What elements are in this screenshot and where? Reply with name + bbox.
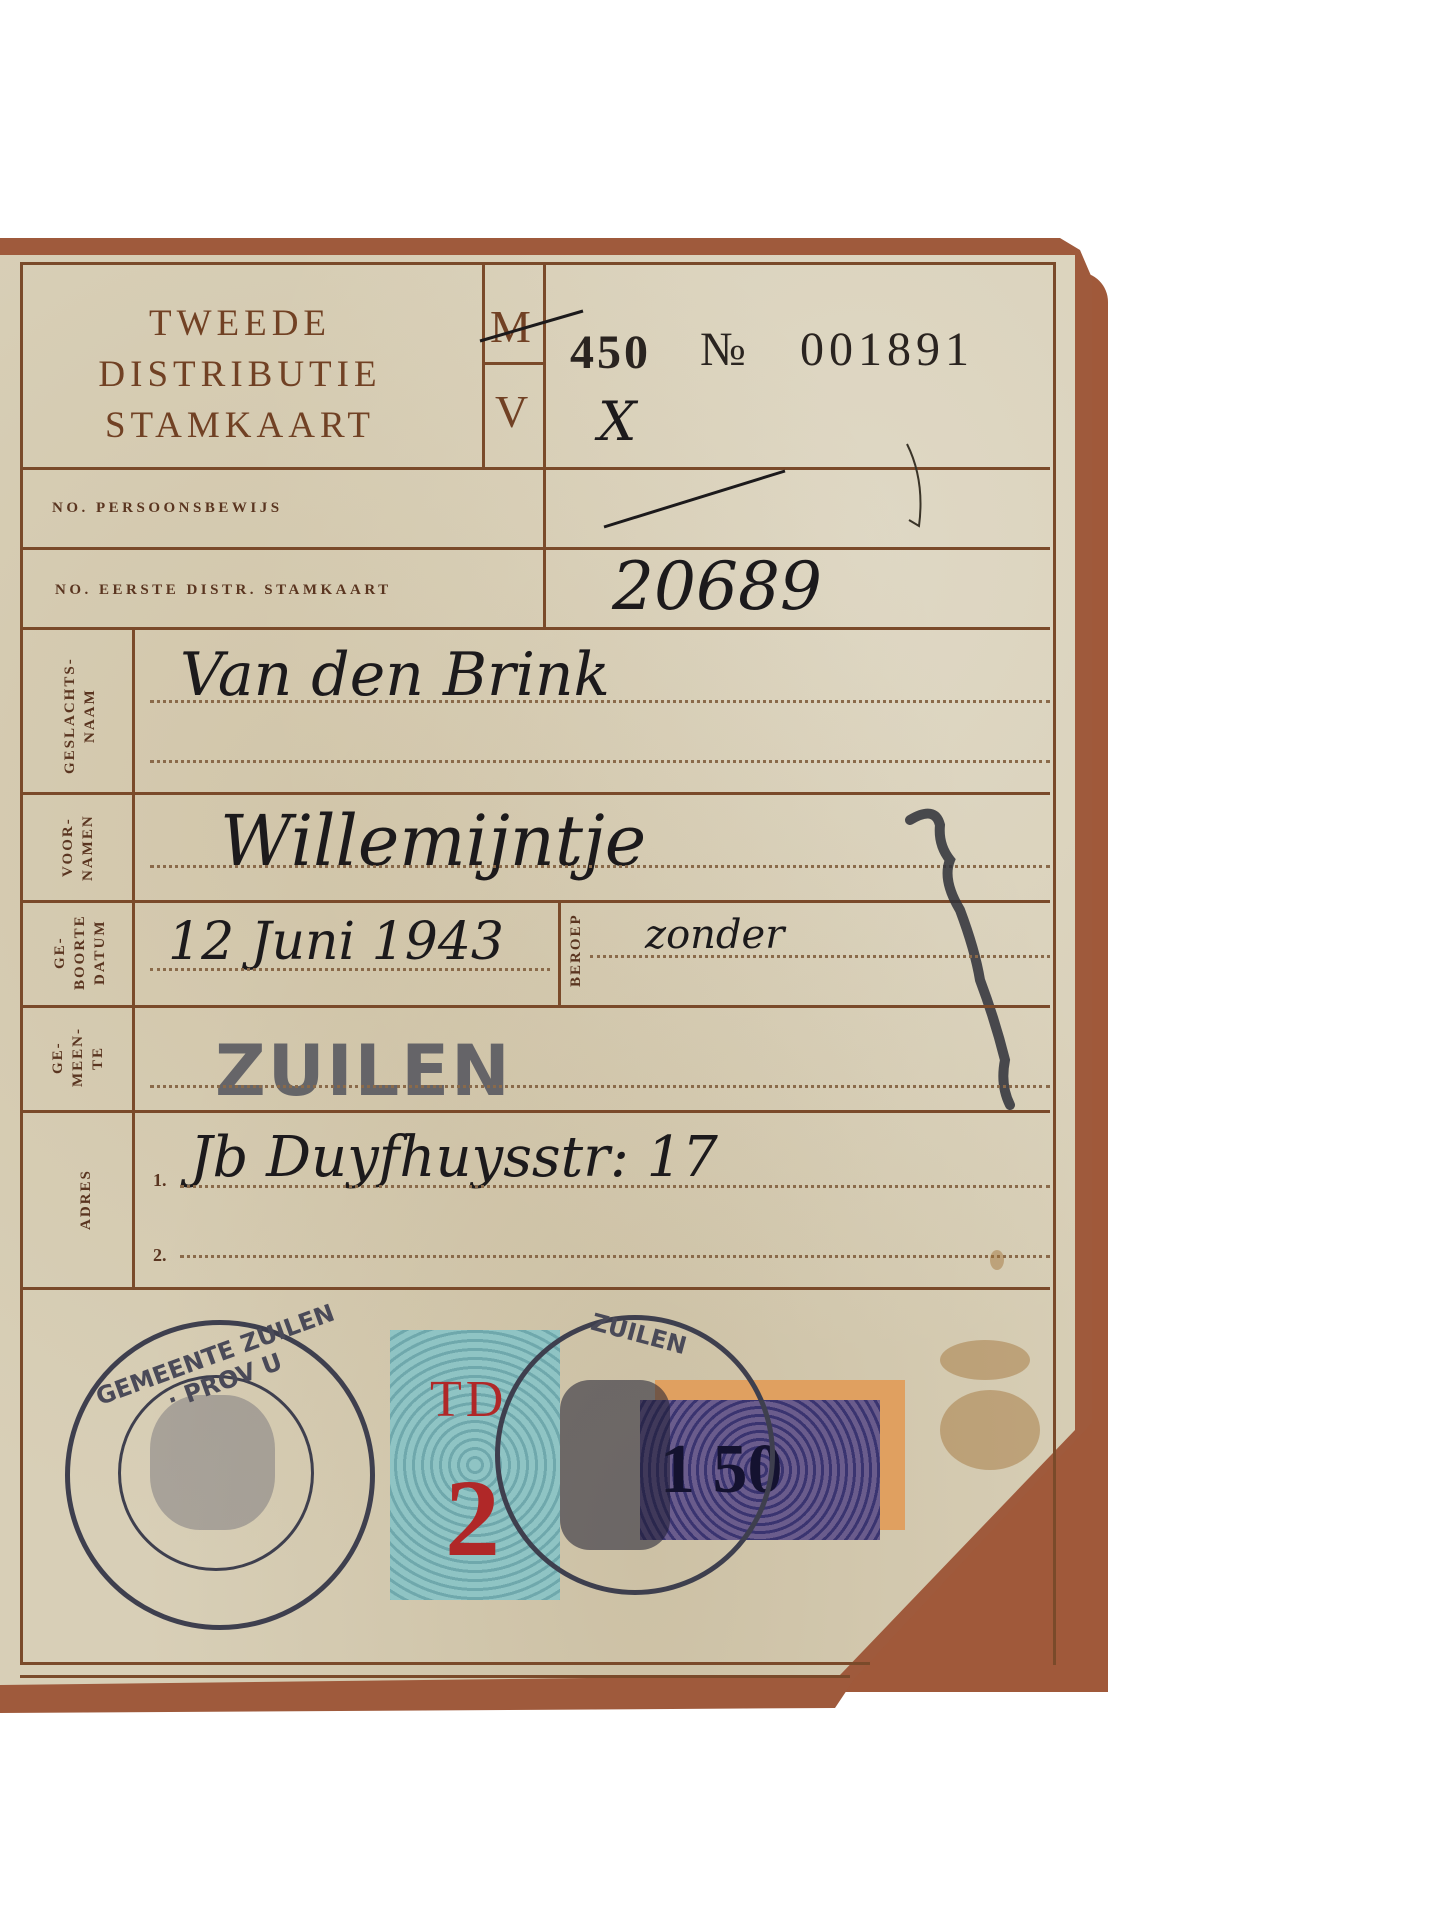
label-geboortedatum-line-1: GE-: [52, 936, 68, 969]
row-rule-adres: [20, 1287, 1050, 1290]
value-geboortedatum: 12 Juni 1943: [168, 912, 504, 972]
label-adres: ADRES: [76, 1160, 96, 1240]
card-title: TWEEDE DISTRIBUTIE STAMKAART: [30, 298, 450, 451]
second-seal-smudge: [560, 1380, 670, 1550]
label-geboortedatum-line-3: DATUM: [92, 920, 108, 986]
value-gemeente-stamp: ZUILEN: [215, 1030, 512, 1112]
row-rule-gemeente: [20, 1110, 1050, 1113]
value-beroep: zonder: [645, 912, 784, 958]
dotted-line: [150, 968, 550, 971]
sex-option-female: V: [495, 385, 528, 438]
persoonsbewijs-dash: [600, 465, 800, 535]
value-voornamen: Willemijntje: [220, 800, 646, 882]
label-voornamen: VOOR- NAMEN: [58, 800, 98, 895]
value-adres-line-1: Jb Duyfhuysstr: 17: [190, 1125, 718, 1190]
label-voornamen-line-1: VOOR-: [60, 818, 76, 878]
adres-line-1-number: 1.: [153, 1170, 167, 1191]
dotted-line: [150, 700, 1050, 703]
district-code: 450: [570, 325, 651, 380]
dotted-line: [590, 955, 1050, 958]
bottom-rule-1: [20, 1662, 870, 1665]
label-gemeente-line-3: TE: [90, 1046, 106, 1070]
dotted-line: [150, 1085, 1050, 1088]
beroep-divider: [558, 900, 561, 1005]
serial-number: 001891: [800, 322, 974, 377]
label-geboortedatum: GE- BOORTE DATUM: [50, 905, 110, 1000]
row-rule-geboortedatum: [20, 1005, 1050, 1008]
stain: [990, 1250, 1004, 1270]
label-gemeente: GE- MEEN- TE: [48, 1010, 108, 1105]
label-gemeente-line-2: MEEN-: [70, 1028, 86, 1088]
title-line-2: DISTRIBUTIE: [30, 349, 450, 400]
label-geslachtsnaam-line-2: NAAM: [82, 688, 98, 743]
stain: [940, 1340, 1030, 1380]
dotted-line: [180, 1185, 1050, 1188]
bottom-rule-2: [20, 1675, 850, 1678]
row-rule-stamkaart: [20, 627, 1050, 630]
pencil-mark: [895, 440, 935, 540]
td-stamp-label: TD: [430, 1370, 507, 1429]
label-persoonsbewijs: NO. PERSOONSBEWIJS: [52, 500, 283, 517]
label-voornamen-line-2: NAMEN: [80, 814, 96, 881]
adres-line-2-number: 2.: [153, 1245, 167, 1266]
number-sign: №: [700, 322, 749, 377]
ink-stain: [880, 800, 1030, 1120]
title-line-3: STAMKAART: [30, 400, 450, 451]
label-geslachtsnaam: GESLACHTS- NAAM: [60, 648, 100, 783]
row-rule-geslachtsnaam: [20, 792, 1050, 795]
label-gemeente-line-1: GE-: [50, 1041, 66, 1074]
td-stamp-value: 2: [445, 1455, 500, 1582]
sex-mark: X: [598, 390, 636, 453]
row-rule-persoonsbewijs: [20, 547, 1050, 550]
label-geboortedatum-line-2: BOORTE: [72, 915, 88, 991]
dotted-line: [180, 1255, 1050, 1258]
label-eerste-stamkaart: NO. EERSTE DISTR. STAMKAART: [55, 582, 392, 599]
stain: [940, 1390, 1040, 1470]
label-column-divider: [132, 627, 135, 1287]
mv-divider: [482, 362, 544, 365]
label-beroep: BEROEP: [566, 905, 586, 995]
dotted-line: [150, 760, 1050, 763]
title-line-1: TWEEDE: [30, 298, 450, 349]
value-eerste-stamkaart: 20689: [612, 548, 822, 625]
label-geslachtsnaam-line-1: GESLACHTS-: [62, 657, 78, 774]
